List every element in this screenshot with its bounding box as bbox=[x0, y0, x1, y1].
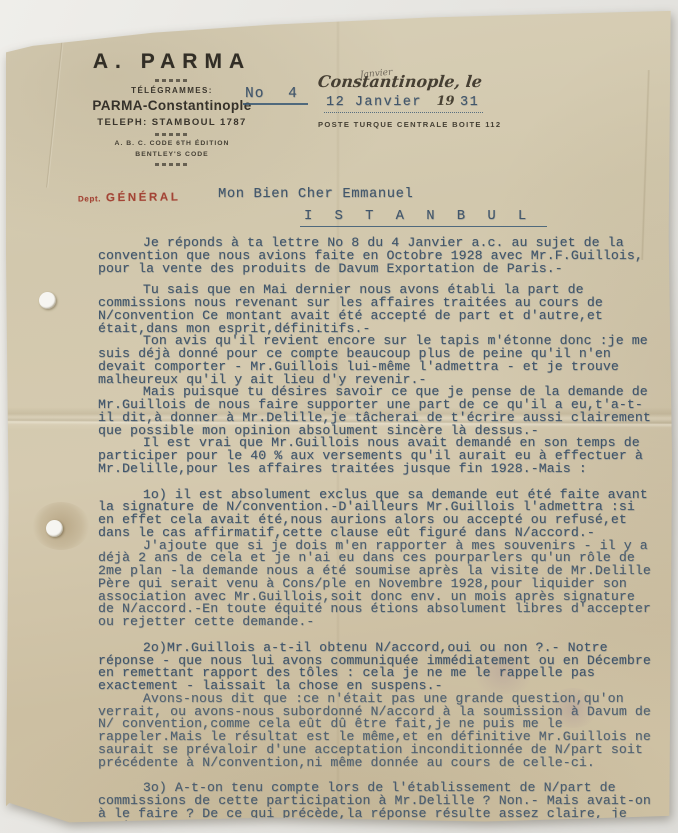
typed-day-month: 12 Janvier bbox=[326, 95, 422, 110]
telephone-line: TELEPH: STAMBOUL 1787 bbox=[64, 117, 280, 128]
date-underlined-row: 12 Janvier 19 31 bbox=[324, 92, 483, 113]
letterhead: A. PARMA TÉLÉGRAMMES: PARMA-Constantinop… bbox=[64, 50, 280, 170]
ornament-divider bbox=[155, 133, 189, 136]
corner-crease-top-left bbox=[46, 28, 66, 187]
paragraph-8-point-2: 2o)Mr.Guillois a-t-il obtenu N/accord,ou… bbox=[98, 642, 654, 693]
department-stamp: Dept.GÉNÉRAL bbox=[78, 187, 181, 206]
postal-box-line: POSTE TURQUE CENTRALE BOITE 112 bbox=[318, 120, 648, 129]
ornament-divider bbox=[155, 79, 189, 82]
paper-sheet-wrapper: A. PARMA TÉLÉGRAMMES: PARMA-Constantinop… bbox=[6, 10, 672, 824]
trailing-dots: ..... bbox=[98, 821, 654, 833]
dept-label: Dept. bbox=[78, 194, 101, 203]
paragraph-6-point-1: 1o) il est absolument exclus que sa dema… bbox=[98, 489, 654, 540]
reference-number: No 4 bbox=[243, 86, 308, 105]
typed-year: 31 bbox=[460, 95, 479, 110]
paragraph-4: Mais puisque tu désires savoir ce que je… bbox=[98, 386, 654, 437]
dept-general-label: GÉNÉRAL bbox=[106, 191, 181, 204]
paragraph-3: Ton avis qu'il revient encore sur le tap… bbox=[98, 335, 654, 386]
company-name: A. PARMA bbox=[64, 50, 280, 74]
photo-of-letter: A. PARMA TÉLÉGRAMMES: PARMA-Constantinop… bbox=[0, 0, 678, 833]
dateline: Janvier Constantinople, le 12 Janvier 19… bbox=[318, 72, 648, 129]
bentley-code-line: BENTLEY'S CODE bbox=[64, 151, 280, 158]
city-line: I S T A N B U L bbox=[300, 209, 547, 227]
paragraph-1: Je réponds à ta lettre No 8 du 4 Janvier… bbox=[98, 237, 654, 275]
printed-place-line: Constantinople, le bbox=[317, 72, 483, 91]
paragraph-9: Avons-nous dit que :ce n'était pas une g… bbox=[98, 693, 654, 770]
salutation: Mon Bien Cher Emmanuel bbox=[218, 187, 413, 202]
letter-paper: A. PARMA TÉLÉGRAMMES: PARMA-Constantinop… bbox=[6, 10, 672, 824]
letter-body: Je réponds à ta lettre No 8 du 4 Janvier… bbox=[98, 237, 654, 833]
paragraph-2: Tu sais que en Mai dernier nous avons ét… bbox=[98, 284, 654, 335]
abc-code-line: A. B. C. CODE 6TH ÉDITION bbox=[64, 140, 280, 147]
printed-year-prefix: 19 bbox=[436, 94, 454, 109]
paragraph-7: J'ajoute que si je dois m'en rapporter à… bbox=[98, 540, 654, 629]
punch-hole-bottom bbox=[46, 520, 63, 537]
ornament-divider bbox=[155, 163, 189, 166]
paragraph-5: Il est vrai que Mr.Guillois nous avait d… bbox=[98, 437, 654, 475]
paragraph-10-point-3: 3o) A-t-on tenu compte lors de l'établis… bbox=[98, 782, 654, 833]
punch-hole-top bbox=[39, 292, 56, 309]
